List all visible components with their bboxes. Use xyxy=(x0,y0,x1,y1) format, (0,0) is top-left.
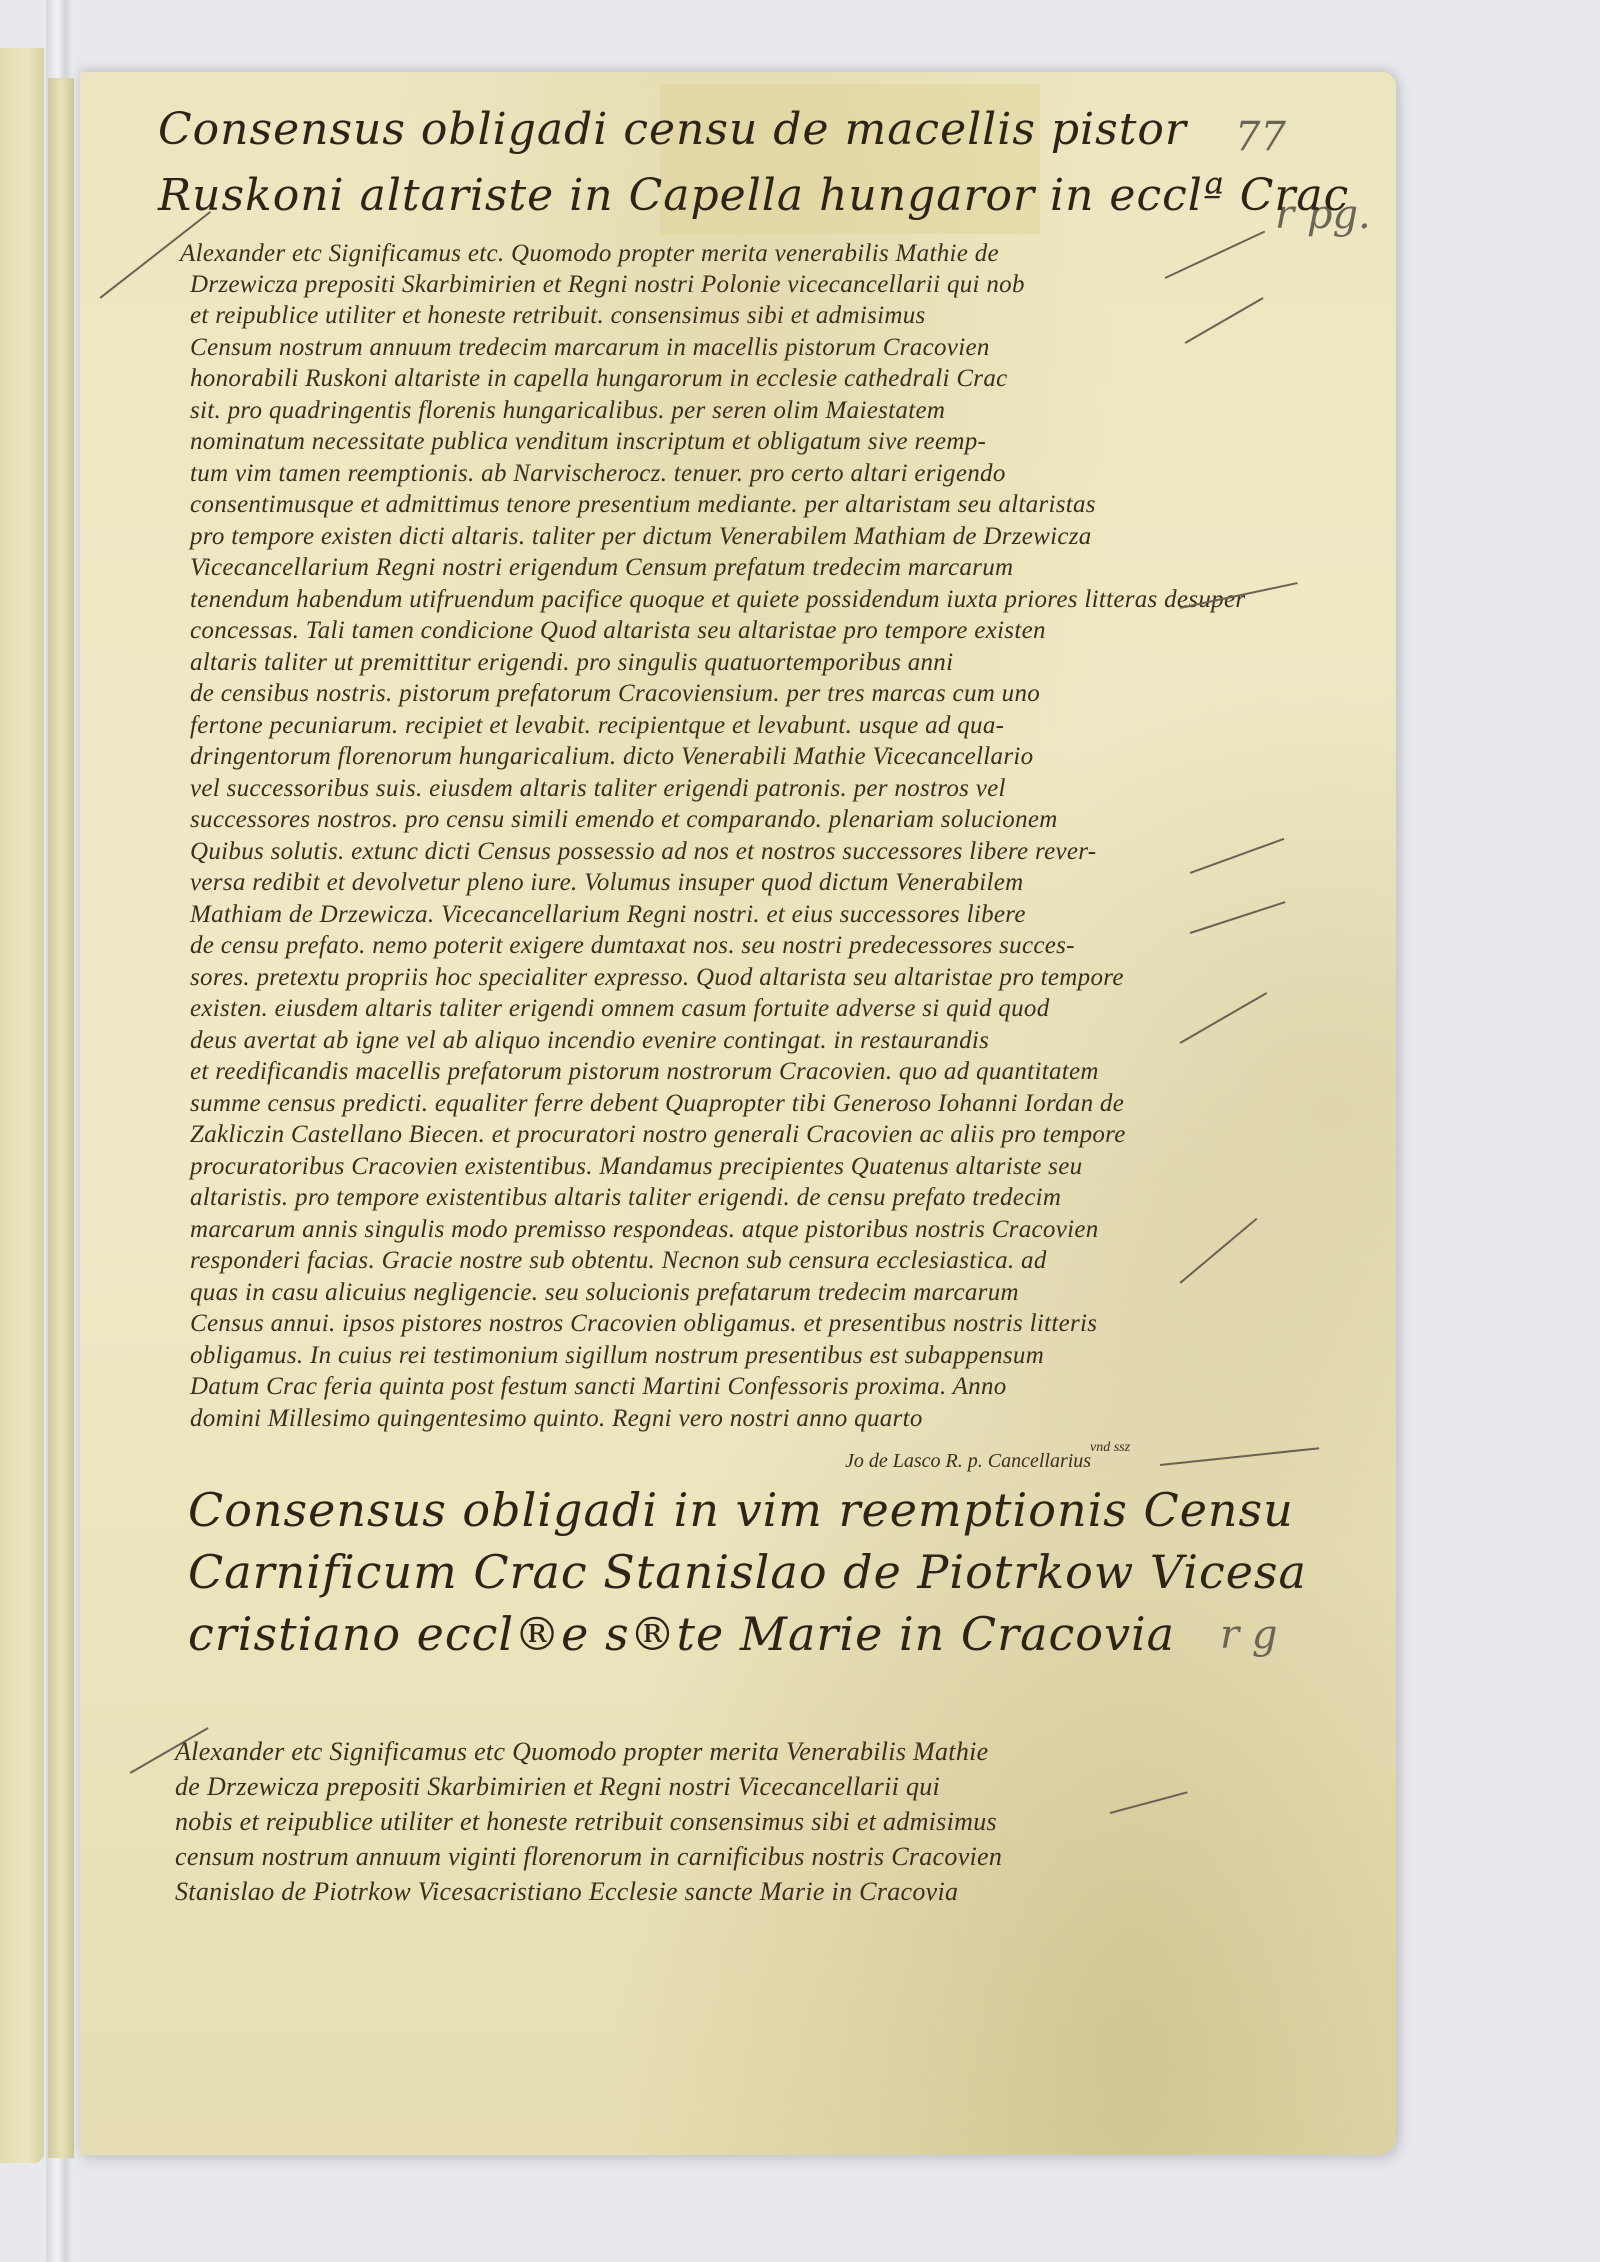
body-line: procuratoribus Cracovien existentibus. M… xyxy=(190,1153,1082,1181)
signature-note: vnd ssz xyxy=(1090,1440,1130,1456)
body-line: consentimusque et admittimus tenore pres… xyxy=(190,491,1096,519)
body-line: Quibus solutis. extunc dicti Census poss… xyxy=(190,838,1096,866)
body-line: Stanislao de Piotrkow Vicesacristiano Ec… xyxy=(175,1877,958,1907)
body-line: summe census predicti. equaliter ferre d… xyxy=(190,1090,1124,1118)
body-line: Census annui. ipsos pistores nostros Cra… xyxy=(190,1310,1097,1338)
folio-number: 77 xyxy=(1235,114,1286,160)
margin-stroke xyxy=(1190,901,1286,933)
body-line: et reedificandis macellis prefatorum pis… xyxy=(190,1058,1099,1086)
manuscript-folio: 77 r pg. r g Consensus obligadi censu de… xyxy=(80,72,1396,2155)
body-line: de Drzewicza prepositi Skarbimirien et R… xyxy=(175,1772,940,1802)
margin-stroke xyxy=(1165,231,1265,279)
body-line: obligamus. In cuius rei testimonium sigi… xyxy=(190,1342,1044,1370)
body-line: sit. pro quadringentis florenis hungaric… xyxy=(190,397,945,425)
margin-stroke xyxy=(1180,1218,1258,1283)
entry1-heading-line: Ruskoni altariste in Capella hungaror in… xyxy=(158,168,1349,224)
margin-stroke xyxy=(1190,838,1284,874)
body-line: domini Millesimo quingentesimo quinto. R… xyxy=(190,1405,923,1433)
margin-stroke xyxy=(1110,1791,1188,1813)
entry2-heading-line: Consensus obligadi in vim reemptionis Ce… xyxy=(188,1482,1294,1538)
body-line: dringentorum florenorum hungaricalium. d… xyxy=(190,743,1033,771)
body-line: altaris taliter ut premittitur erigendi.… xyxy=(190,649,953,677)
body-line: de censu prefato. nemo poterit exigere d… xyxy=(190,932,1075,960)
body-line: Mathiam de Drzewicza. Vicecancellarium R… xyxy=(190,901,1026,929)
body-line: nobis et reipublice utiliter et honeste … xyxy=(175,1807,997,1837)
entry2-heading-line: Carnificum Crac Stanislao de Piotrkow Vi… xyxy=(188,1544,1307,1600)
body-line: et reipublice utiliter et honeste retrib… xyxy=(190,302,926,330)
entry1-heading-line: Consensus obligadi censu de macellis pis… xyxy=(158,102,1187,158)
body-line: versa redibit et devolvetur pleno iure. … xyxy=(190,869,1024,897)
margin-stroke xyxy=(1185,297,1264,343)
body-line: pro tempore existen dicti altaris. talit… xyxy=(190,523,1092,551)
body-line: altaristis. pro tempore existentibus alt… xyxy=(190,1184,1061,1212)
body-line: tenendum habendum utifruendum pacifice q… xyxy=(190,586,1245,614)
body-line: de censibus nostris. pistorum prefatorum… xyxy=(190,680,1040,708)
body-line: responderi facias. Gracie nostre sub obt… xyxy=(190,1247,1047,1275)
body-line: sores. pretextu propriis hoc specialiter… xyxy=(190,964,1124,992)
body-line: Drzewicza prepositi Skarbimirien et Regn… xyxy=(190,271,1025,299)
body-line: honorabili Ruskoni altariste in capella … xyxy=(190,365,1008,393)
body-line: nominatum necessitate publica venditum i… xyxy=(190,428,986,456)
margin-stroke xyxy=(1180,992,1267,1043)
margin-note-lower-right: r g xyxy=(1220,1612,1277,1658)
body-line: censum nostrum annuum viginti florenorum… xyxy=(175,1842,1002,1872)
gutter-strip xyxy=(48,78,74,2158)
body-line: quas in casu alicuius negligencie. seu s… xyxy=(190,1279,1019,1307)
body-line: successores nostros. pro censu simili em… xyxy=(190,806,1058,834)
facing-page-edge xyxy=(0,48,44,2163)
body-line: Zakliczin Castellano Biecen. et procurat… xyxy=(190,1121,1126,1149)
body-line: Vicecancellarium Regni nostri erigendum … xyxy=(190,554,1013,582)
body-line: Alexander etc Significamus etc. Quomodo … xyxy=(180,240,999,268)
body-line: concessas. Tali tamen condicione Quod al… xyxy=(190,617,1046,645)
body-line: tum vim tamen reemptionis. ab Narvischer… xyxy=(190,460,1006,488)
body-line: Alexander etc Significamus etc Quomodo p… xyxy=(175,1737,988,1767)
body-line: fertone pecuniarum. recipiet et levabit.… xyxy=(190,712,1004,740)
body-line: vel successoribus suis. eiusdem altaris … xyxy=(190,775,1006,803)
body-line: Datum Crac feria quinta post festum sanc… xyxy=(190,1373,1007,1401)
signature-flourish xyxy=(1160,1447,1319,1465)
body-line: marcarum annis singulis modo premisso re… xyxy=(190,1216,1099,1244)
body-line: deus avertat ab igne vel ab aliquo incen… xyxy=(190,1027,989,1055)
body-line: Censum nostrum annuum tredecim marcarum … xyxy=(190,334,990,362)
entry2-heading-line: cristiano eccl®e s®te Marie in Cracovia xyxy=(188,1606,1175,1662)
body-line: existen. eiusdem altaris taliter erigend… xyxy=(190,995,1050,1023)
chancellor-signature: Jo de Lasco R. p. Cancellarius xyxy=(845,1450,1091,1473)
